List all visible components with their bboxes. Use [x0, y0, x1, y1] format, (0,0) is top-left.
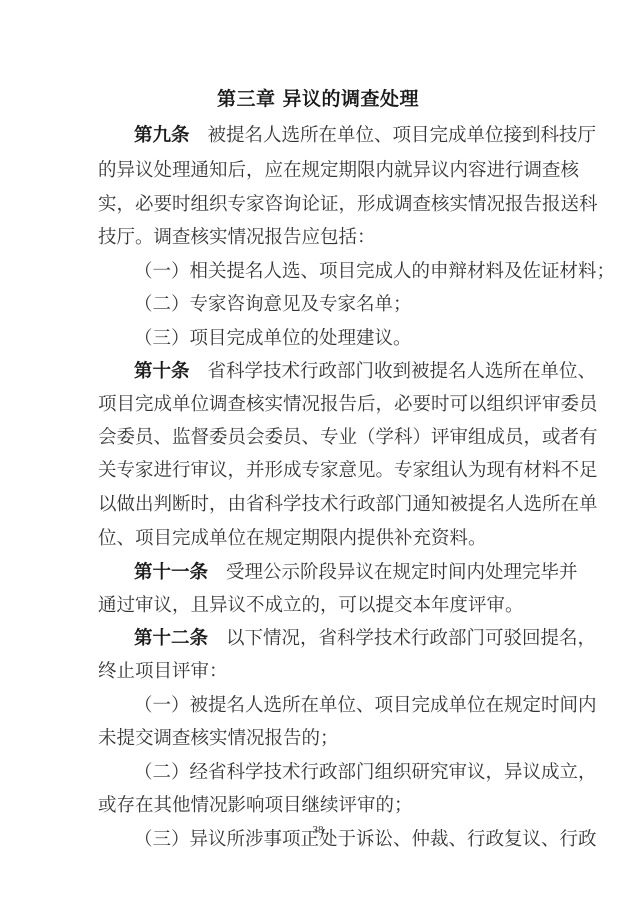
paragraph-line: 关专家进行审议，并形成专家意见。专家组认为现有材料不足 — [98, 459, 558, 483]
paragraph-line: 或存在其他情况影响项目继续评审的； — [98, 794, 558, 818]
paragraph-line: 技厅。调查核实情况报告应包括： — [98, 226, 558, 250]
list-item: （二）经省科学技术行政部门组织研究审议，异议成立， — [134, 761, 558, 785]
article-label: 第十一条 — [134, 562, 208, 583]
article-9-line-1: 第九条被提名人选所在单位、项目完成单位接到科技厅 — [134, 124, 558, 148]
article-11-line-1: 第十一条受理公示阶段异议在规定时间内处理完毕并 — [134, 561, 558, 585]
article-label: 第九条 — [134, 125, 190, 146]
paragraph-line: 实，必要时组织专家咨询论证，形成调查核实情况报告报送科 — [98, 193, 558, 217]
paragraph-line: 位、项目完成单位在规定期限内提供补充资料。 — [98, 527, 558, 551]
page-number: 38 — [0, 824, 636, 836]
article-label: 第十二条 — [134, 628, 208, 649]
list-item: （一）相关提名人选、项目完成人的申辩材料及佐证材料； — [134, 260, 558, 284]
list-item: （一）被提名人选所在单位、项目完成单位在规定时间内 — [134, 694, 558, 718]
line-text: 被提名人选所在单位、项目完成单位接到科技厅 — [208, 125, 597, 146]
line-text: 省科学技术行政部门收到被提名人选所在单位、 — [208, 361, 597, 382]
paragraph-line: 终止项目评审： — [98, 660, 558, 684]
document-page: 第三章 异议的调查处理 第九条被提名人选所在单位、项目完成单位接到科技厅 的异议… — [0, 0, 636, 900]
paragraph-line: 的异议处理通知后，应在规定期限内就异议内容进行调查核 — [98, 159, 558, 183]
paragraph-line: 项目完成单位调查核实情况报告后，必要时可以组织评审委员 — [98, 393, 558, 417]
paragraph-line: 以做出判断时，由省科学技术行政部门通知被提名人选所在单 — [98, 493, 558, 517]
line-text: 以下情况，省科学技术行政部门可驳回提名， — [226, 628, 596, 649]
chapter-title: 第三章 异议的调查处理 — [0, 84, 636, 111]
list-item: （三）项目完成单位的处理建议。 — [134, 327, 558, 351]
paragraph-line: 未提交调查核实情况报告的； — [98, 727, 558, 751]
article-label: 第十条 — [134, 361, 190, 382]
article-10-line-1: 第十条省科学技术行政部门收到被提名人选所在单位、 — [134, 360, 558, 384]
article-12-line-1: 第十二条以下情况，省科学技术行政部门可驳回提名， — [134, 627, 558, 651]
line-text: 受理公示阶段异议在规定时间内处理完毕并 — [226, 562, 578, 583]
list-item: （二）专家咨询意见及专家名单； — [134, 293, 558, 317]
paragraph-line: 通过审议，且异议不成立的，可以提交本年度评审。 — [98, 594, 558, 618]
paragraph-line: 会委员、监督委员会委员、专业（学科）评审组成员，或者有 — [98, 426, 558, 450]
